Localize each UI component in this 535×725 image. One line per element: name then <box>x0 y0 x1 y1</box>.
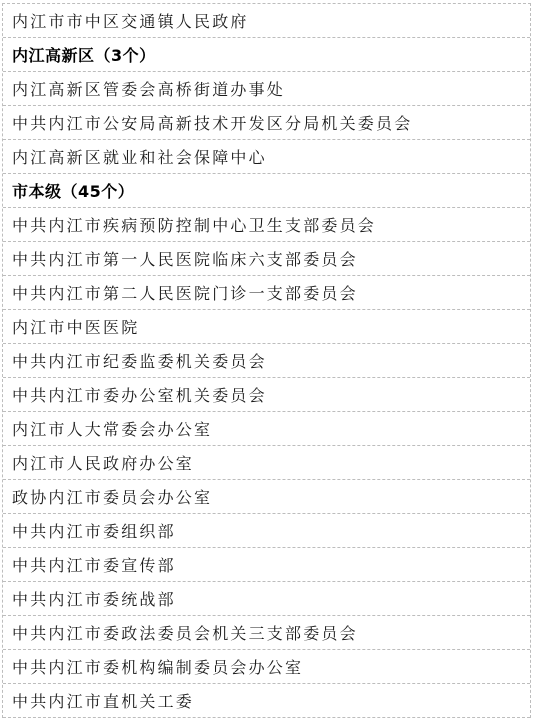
table-row: 中共内江市委办公室机关委员会 <box>3 378 530 412</box>
table-row: 内江市中医医院 <box>3 310 530 344</box>
table-row: 内江市人民政府办公室 <box>3 446 530 480</box>
table-row: 中共内江市委组织部 <box>3 514 530 548</box>
table-row: 中共内江市委宣传部 <box>3 548 530 582</box>
table-row: 中共内江市委统战部 <box>3 582 530 616</box>
table-row: 内江市人大常委会办公室 <box>3 412 530 446</box>
table-row: 政协内江市委员会办公室 <box>3 480 530 514</box>
table-row: 中共内江市直机关工委 <box>3 684 530 718</box>
table-row: 中共内江市委政法委员会机关三支部委员会 <box>3 616 530 650</box>
table-row: 内江市市中区交通镇人民政府 <box>3 4 530 38</box>
table-row: 中共内江市第二人民医院门诊一支部委员会 <box>3 276 530 310</box>
table-row: 中共内江市第一人民医院临床六支部委员会 <box>3 242 530 276</box>
section-header-city-level: 市本级（45个） <box>3 174 530 208</box>
table-row: 中共内江市纪委监委机关委员会 <box>3 344 530 378</box>
table-row: 中共内江市公安局高新技术开发区分局机关委员会 <box>3 106 530 140</box>
table-row: 中共内江市委机构编制委员会办公室 <box>3 650 530 684</box>
organization-list-table: 内江市市中区交通镇人民政府 内江高新区（3个） 内江高新区管委会高桥街道办事处 … <box>2 3 531 718</box>
table-row: 中共内江市疾病预防控制中心卫生支部委员会 <box>3 208 530 242</box>
table-row: 内江高新区就业和社会保障中心 <box>3 140 530 174</box>
section-header-gaoxin: 内江高新区（3个） <box>3 38 530 72</box>
table-row: 内江高新区管委会高桥街道办事处 <box>3 72 530 106</box>
